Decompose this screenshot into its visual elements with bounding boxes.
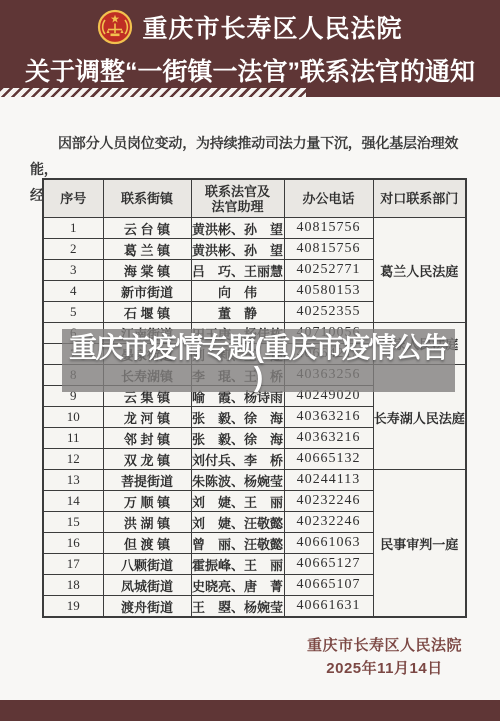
cell-no: 13 [43,470,103,491]
cell-town: 万 顺 镇 [103,491,191,512]
cell-no: 2 [43,239,103,260]
cell-phone: 40363216 [284,407,373,428]
column-header: 序号 [43,179,103,218]
header-band: 重庆市长寿区人民法院 关于调整“一街镇一法官”联系法官的通知 [0,0,500,97]
cell-town: 云 台 镇 [103,218,191,239]
cell-phone: 40665132 [284,449,373,470]
cell-phone: 40815756 [284,239,373,260]
cell-phone: 40661631 [284,596,373,618]
cell-phone: 40363216 [284,428,373,449]
cell-judges: 朱陈波、杨婉莹 [191,470,284,491]
cell-no: 11 [43,428,103,449]
cell-no: 17 [43,554,103,575]
cell-phone: 40244113 [284,470,373,491]
cell-judges: 刘付兵、李 桥 [191,449,284,470]
header-line1: 重庆市长寿区人民法院 [0,9,500,45]
cell-town: 菩提街道 [103,470,191,491]
table-row: 1云 台 镇黄洪彬、孙 望40815756葛兰人民法庭 [43,218,466,239]
cell-town: 葛 兰 镇 [103,239,191,260]
cell-no: 5 [43,302,103,323]
footer-date: 2025年11月14日 [307,657,462,680]
cell-judges: 吕 巧、王丽慧 [191,260,284,281]
cell-no: 1 [43,218,103,239]
cell-department: 葛兰人民法庭 [373,218,466,323]
cell-judges: 史晓亮、唐 菁 [191,575,284,596]
cell-town: 石 堰 镇 [103,302,191,323]
cell-judges: 霍振峰、王 丽 [191,554,284,575]
cell-department: 民事审判一庭 [373,470,466,618]
cell-phone: 40815756 [284,218,373,239]
cell-town: 八颗街道 [103,554,191,575]
footer-band [0,700,500,721]
court-title: 重庆市长寿区人民法院 [142,9,402,45]
cell-no: 15 [43,512,103,533]
contacts-table: 序号联系街镇联系法官及 法官助理办公电话对口联系部门 1云 台 镇黄洪彬、孙 望… [42,178,467,618]
column-header: 联系法官及 法官助理 [191,179,284,218]
table-row: 13菩提街道朱陈波、杨婉莹40244113民事审判一庭 [43,470,466,491]
cell-phone: 40580153 [284,281,373,302]
cell-judges: 王 曌、杨婉莹 [191,596,284,618]
cell-phone: 40232246 [284,491,373,512]
watermark-overlay: 重庆市疫情专题(重庆市疫情公告 ) [62,329,455,392]
column-header: 对口联系部门 [373,179,466,218]
cell-town: 海 棠 镇 [103,260,191,281]
cell-no: 19 [43,596,103,618]
cell-judges: 向 伟 [191,281,284,302]
cell-town: 新市街道 [103,281,191,302]
cell-phone: 40232246 [284,512,373,533]
cell-phone: 40665107 [284,575,373,596]
notice-title: 关于调整“一街镇一法官”联系法官的通知 [0,52,500,88]
cell-town: 双 龙 镇 [103,449,191,470]
cell-town: 邻 封 镇 [103,428,191,449]
cell-no: 4 [43,281,103,302]
cell-no: 16 [43,533,103,554]
cell-judges: 黄洪彬、孙 望 [191,218,284,239]
cell-no: 10 [43,407,103,428]
cell-judges: 张 毅、徐 海 [191,407,284,428]
cell-judges: 曾 丽、汪敬懿 [191,533,284,554]
watermark-text-line1: 重庆市疫情专题(重庆市疫情公告 [69,332,448,363]
cell-phone: 40665127 [284,554,373,575]
cell-judges: 董 静 [191,302,284,323]
cell-no: 3 [43,260,103,281]
cell-no: 12 [43,449,103,470]
cell-judges: 刘 婕、汪敬懿 [191,512,284,533]
cell-phone: 40661063 [284,533,373,554]
cell-town: 龙 河 镇 [103,407,191,428]
court-emblem-icon [97,9,133,45]
footer-org: 重庆市长寿区人民法院 [307,634,462,657]
intro-line1: 因部分人员岗位变动，为持续推动司法力量下沉，强化基层治理效能， [30,130,472,182]
table-header-row: 序号联系街镇联系法官及 法官助理办公电话对口联系部门 [43,179,466,218]
cell-town: 洪 湖 镇 [103,512,191,533]
column-header: 办公电话 [284,179,373,218]
cell-town: 渡舟街道 [103,596,191,618]
cell-phone: 40252771 [284,260,373,281]
contacts-table-wrapper: 序号联系街镇联系法官及 法官助理办公电话对口联系部门 1云 台 镇黄洪彬、孙 望… [42,178,467,618]
cell-no: 14 [43,491,103,512]
diagonal-stripes-decoration [0,88,306,97]
footer-signature: 重庆市长寿区人民法院 2025年11月14日 [307,634,462,680]
cell-judges: 张 毅、徐 海 [191,428,284,449]
cell-phone: 40252355 [284,302,373,323]
cell-judges: 黄洪彬、孙 望 [191,239,284,260]
notice-page: 重庆市长寿区人民法院 关于调整“一街镇一法官”联系法官的通知 因部分人员岗位变动… [0,0,500,721]
cell-town: 但 渡 镇 [103,533,191,554]
watermark-text-line2: ) [254,363,263,390]
column-header: 联系街镇 [103,179,191,218]
cell-no: 18 [43,575,103,596]
cell-town: 凤城街道 [103,575,191,596]
cell-judges: 刘 婕、王 丽 [191,491,284,512]
